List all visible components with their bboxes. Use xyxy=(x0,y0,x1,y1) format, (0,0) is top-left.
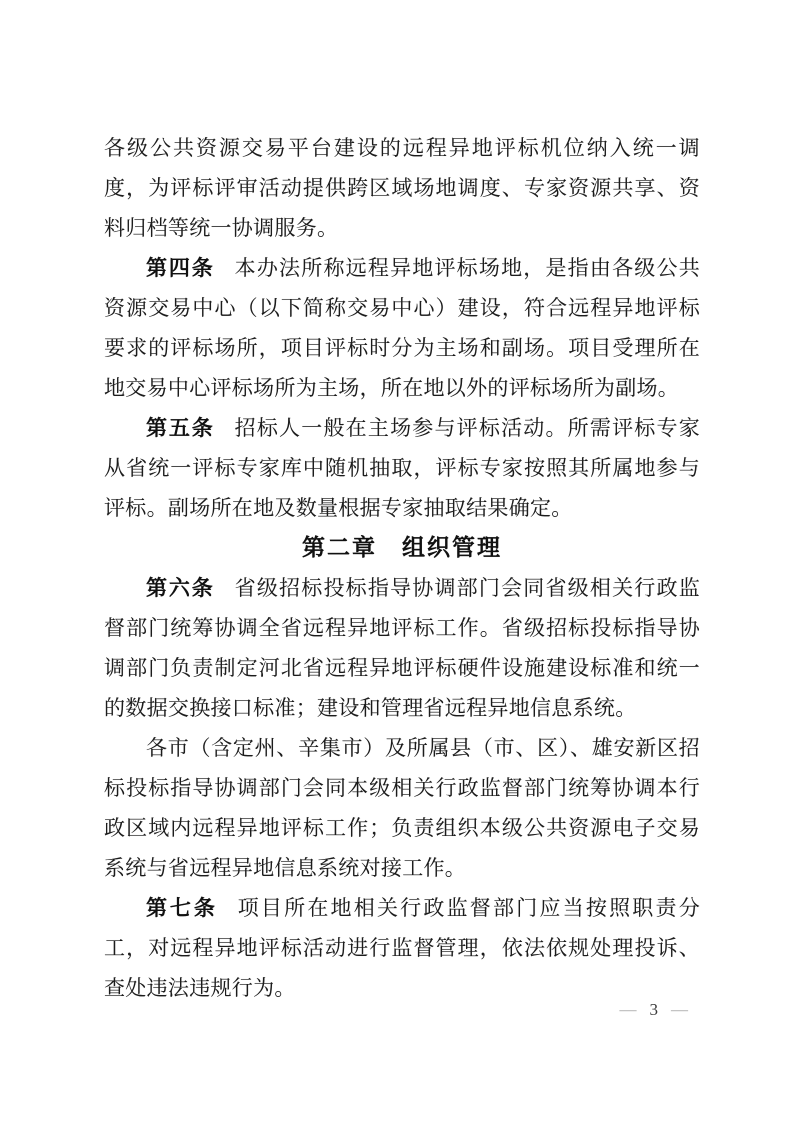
paragraph-cities: 各市（含定州、辛集市）及所属县（市、区）、雄安新区招标投标指导协调部门会同本级相… xyxy=(104,728,700,888)
paragraph-article-6: 第六条省级招标投标指导协调部门会同省级相关行政监督部门统筹协调全省远程异地评标工… xyxy=(104,568,700,728)
document-body: 各级公共资源交易平台建设的远程异地评标机位纳入统一调度，为评标评审活动提供跨区域… xyxy=(104,128,700,1008)
article-6-label: 第六条 xyxy=(146,576,215,600)
article-4-label: 第四条 xyxy=(146,256,215,280)
page-number-left-dash: — xyxy=(620,1002,637,1018)
paragraph-article-4: 第四条本办法所称远程异地评标场地，是指由各级公共资源交易中心（以下简称交易中心）… xyxy=(104,248,700,408)
chapter-2-heading: 第二章 组织管理 xyxy=(104,528,700,568)
paragraph-article-5: 第五条招标人一般在主场参与评标活动。所需评标专家从省统一评标专家库中随机抽取，评… xyxy=(104,408,700,528)
article-5-label: 第五条 xyxy=(146,416,215,440)
paragraph-continuation: 各级公共资源交易平台建设的远程异地评标机位纳入统一调度，为评标评审活动提供跨区域… xyxy=(104,128,700,248)
page-number-value: 3 xyxy=(650,1000,659,1020)
paragraph-article-7: 第七条项目所在地相关行政监督部门应当按照职责分工，对远程异地评标活动进行监督管理… xyxy=(104,888,700,1008)
document-page: 各级公共资源交易平台建设的远程异地评标机位纳入统一调度，为评标评审活动提供跨区域… xyxy=(0,0,800,1132)
article-7-label: 第七条 xyxy=(146,896,218,920)
page-number-right-dash: — xyxy=(671,1002,688,1018)
page-number: — 3 — xyxy=(620,1000,689,1020)
